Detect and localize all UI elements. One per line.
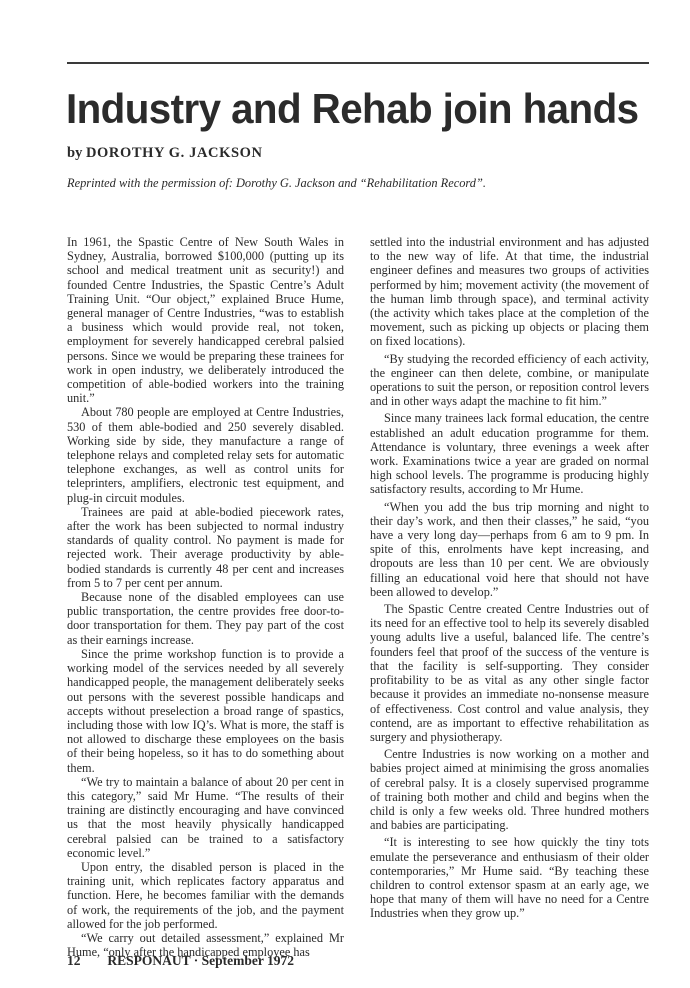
paragraph: Upon entry, the disabled person is place…	[67, 860, 344, 931]
paragraph: settled into the industrial environment …	[370, 235, 649, 349]
paragraph: “It is interesting to see how quickly th…	[370, 835, 649, 920]
paragraph: Trainees are paid at able-bodied piecewo…	[67, 505, 344, 590]
paragraph: In 1961, the Spastic Centre of New South…	[67, 235, 344, 405]
left-column: In 1961, the Spastic Centre of New South…	[67, 235, 344, 959]
page-number: 12	[67, 953, 104, 969]
paragraph: Centre Industries is now working on a mo…	[370, 747, 649, 832]
page-footer: 12 RESPONAUT · September 1972	[67, 953, 294, 969]
author-name: DOROTHY G. JACKSON	[86, 145, 263, 161]
publication-info: RESPONAUT · September 1972	[107, 953, 294, 968]
paragraph: The Spastic Centre created Centre Indust…	[370, 602, 649, 744]
byline: by DOROTHY G. JACKSON	[67, 145, 263, 162]
paragraph: Since the prime workshop function is to …	[67, 647, 344, 775]
paragraph: About 780 people are employed at Centre …	[67, 405, 344, 504]
paragraph: Since many trainees lack formal educatio…	[370, 411, 649, 496]
paragraph: “When you add the bus trip morning and n…	[370, 500, 649, 599]
right-column: settled into the industrial environment …	[370, 235, 649, 921]
paragraph: “We try to maintain a balance of about 2…	[67, 775, 344, 860]
paragraph: “By studying the recorded efficiency of …	[370, 352, 649, 409]
reprint-note: Reprinted with the permission of: Doroth…	[67, 176, 486, 191]
article-title: Industry and Rehab join hands	[66, 88, 638, 130]
byline-prefix: by	[67, 145, 82, 161]
header-rule	[67, 62, 649, 64]
paragraph: Because none of the disabled employees c…	[67, 590, 344, 647]
